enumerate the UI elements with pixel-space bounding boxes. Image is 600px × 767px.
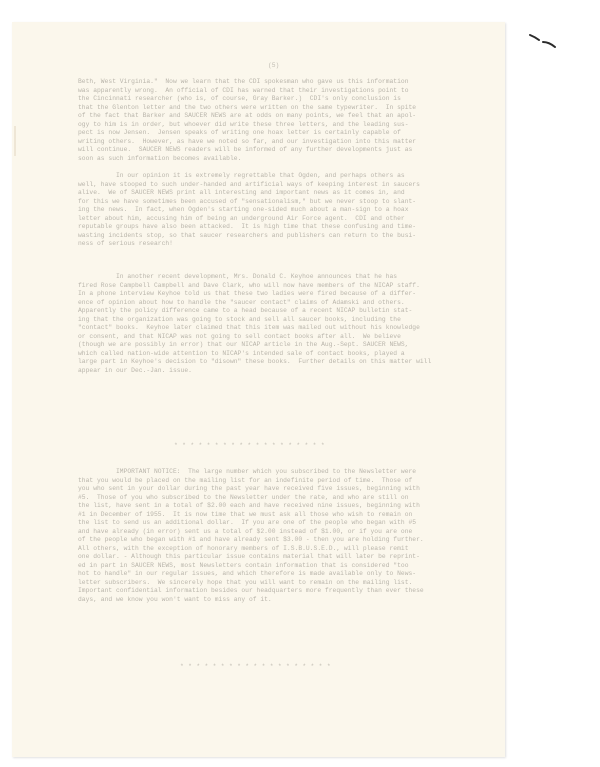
text-line: In another recent development, Mrs. Dona… xyxy=(78,273,431,282)
text-line: or consent, and that NICAP was not going… xyxy=(78,333,431,342)
text-line: fired Rose Campbell Campbell and Dave Cl… xyxy=(78,282,431,291)
text-line: ing that the organization was going to s… xyxy=(78,316,431,325)
page-number: (5) xyxy=(268,62,279,69)
text-line: All others, with the exception of honora… xyxy=(78,545,424,554)
text-line: the list to send us an additional dollar… xyxy=(78,519,424,528)
text-line: hot to handle" in our regular issues, an… xyxy=(78,570,424,579)
text-line: (though we are possibly in error) that o… xyxy=(78,341,431,350)
text-line: you who sent in your dollar during the p… xyxy=(78,485,424,494)
paper-blemish xyxy=(14,126,16,156)
text-line: of the fact that Barker and SAUCER NEWS … xyxy=(78,112,416,121)
text-line: days, and we know you won't want to miss… xyxy=(78,596,424,605)
paragraph-keyhoe-nicap: In another recent development, Mrs. Dona… xyxy=(78,273,431,375)
text-line: was apparently wrong. An official of CDI… xyxy=(78,87,416,96)
text-line: In a phone interview Keyhoe told us that… xyxy=(78,290,431,299)
section-separator: * * * * * * * * * * * * * * * * * * * xyxy=(174,442,325,449)
text-line: the list, have sent in a total of $2.00 … xyxy=(78,502,424,511)
paragraph-important-notice: IMPORTANT NOTICE: The large number which… xyxy=(78,468,424,604)
text-line: for this we have sometimes been accused … xyxy=(78,198,420,207)
paragraph-opinion: In our opinion it is extremely regrettab… xyxy=(78,172,420,249)
text-line: ogy to him is in order, but whoever did … xyxy=(78,121,416,130)
text-line: well, have stooped to such under-handed … xyxy=(78,181,420,190)
text-line: "contact" books. Keyhoe later claimed th… xyxy=(78,324,431,333)
text-line: IMPORTANT NOTICE: The large number which… xyxy=(78,468,424,477)
text-line: pect is now Jensen. Jensen speaks of wri… xyxy=(78,129,416,138)
text-line: of the people who began with #1 and have… xyxy=(78,536,424,545)
text-line: reputable groups have also been attacked… xyxy=(78,223,420,232)
text-line: alive. We of SAUCER NEWS print all inter… xyxy=(78,189,420,198)
text-line: #5. Those of you who subscribed to the N… xyxy=(78,494,424,503)
text-line: Important confidential information besid… xyxy=(78,587,424,596)
text-line: Beth, West Virginia." Now we learn that … xyxy=(78,78,416,87)
text-line: ence of opinion about how to handle the … xyxy=(78,299,431,308)
text-line: ness of serious research! xyxy=(78,240,420,249)
text-line: Apparently the policy difference came to… xyxy=(78,307,431,316)
text-line: ed in part in SAUCER NEWS, most Newslett… xyxy=(78,562,424,571)
text-line: letter subscribers. We sincerely hope th… xyxy=(78,579,424,588)
text-line: In our opinion it is extremely regrettab… xyxy=(78,172,420,181)
text-line: appear in our Dec.-Jan. issue. xyxy=(78,367,431,376)
text-line: letter about him, accusing him of being … xyxy=(78,215,420,224)
text-line: writing others. However, as have we note… xyxy=(78,138,416,147)
staple-mark-icon xyxy=(528,32,562,50)
text-line: wasting incidents stop, so that saucer r… xyxy=(78,232,420,241)
text-line: and have already (in error) sent us a to… xyxy=(78,528,424,537)
text-line: soon as such information becomes availab… xyxy=(78,155,416,164)
text-line: that you would be placed on the mailing … xyxy=(78,477,424,486)
text-line: large part in Keyhoe's decision to "diso… xyxy=(78,358,431,367)
text-line: that the Glenton letter and the two othe… xyxy=(78,104,416,113)
text-line: one dollar. - Although this particular i… xyxy=(78,553,424,562)
text-line: the Cincinnati researcher (who is, of co… xyxy=(78,95,416,104)
text-line: #1 in December of 1955. It is now time t… xyxy=(78,511,424,520)
text-line: ing the news. In fact, when Ogden's star… xyxy=(78,206,420,215)
paragraph-cdi-investigation: Beth, West Virginia." Now we learn that … xyxy=(78,78,416,163)
text-line: will continue. SAUCER NEWS readers will … xyxy=(78,146,416,155)
text-line: which called nation-wide attention to NI… xyxy=(78,350,431,359)
section-separator-bottom: * * * * * * * * * * * * * * * * * * * xyxy=(180,663,331,670)
